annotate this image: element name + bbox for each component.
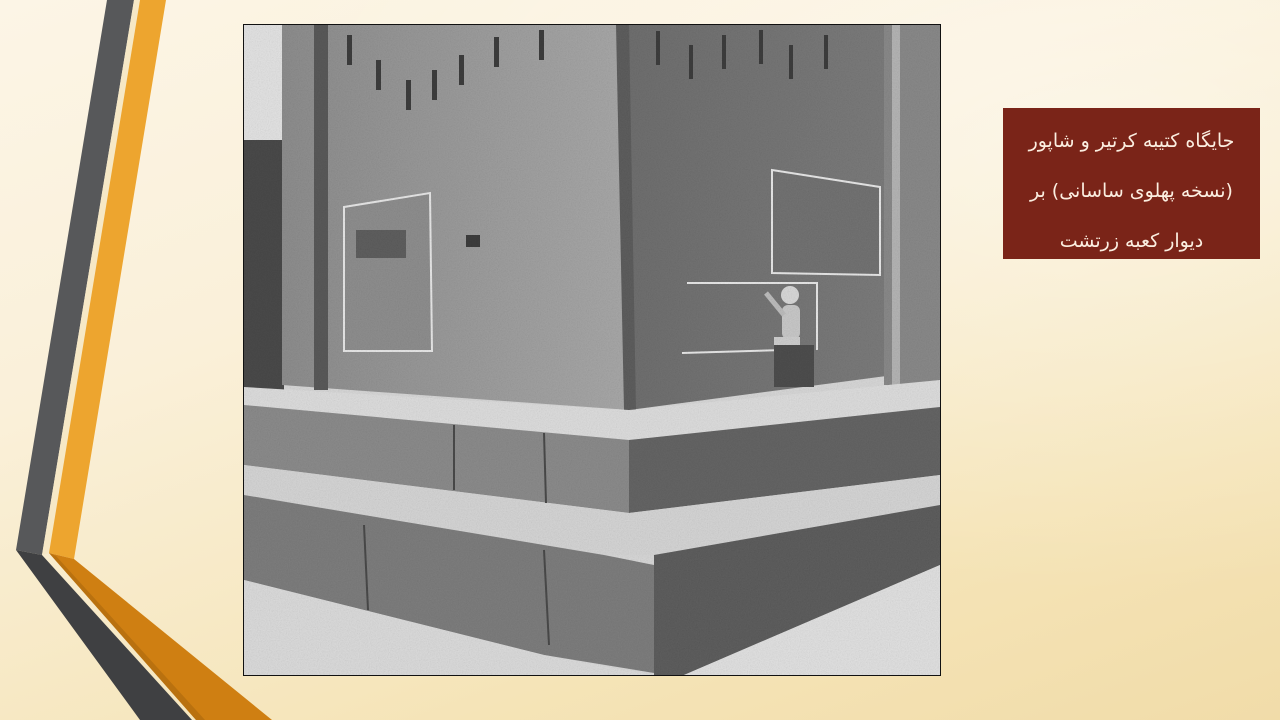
tower-photo-illustration (244, 25, 940, 675)
tower-photo (243, 24, 941, 676)
caption-box: جایگاه کتیبه کرتیر و شاپور (نسخه پهلوی س… (1003, 108, 1260, 259)
slide: جایگاه کتیبه کرتیر و شاپور (نسخه پهلوی س… (0, 0, 1280, 720)
caption-line-3: دیوار کعبه زرتشت (1003, 216, 1260, 266)
caption-line-2: (نسخه پهلوی ساسانی) بر (1003, 166, 1260, 216)
caption-line-1: جایگاه کتیبه کرتیر و شاپور (1003, 116, 1260, 166)
